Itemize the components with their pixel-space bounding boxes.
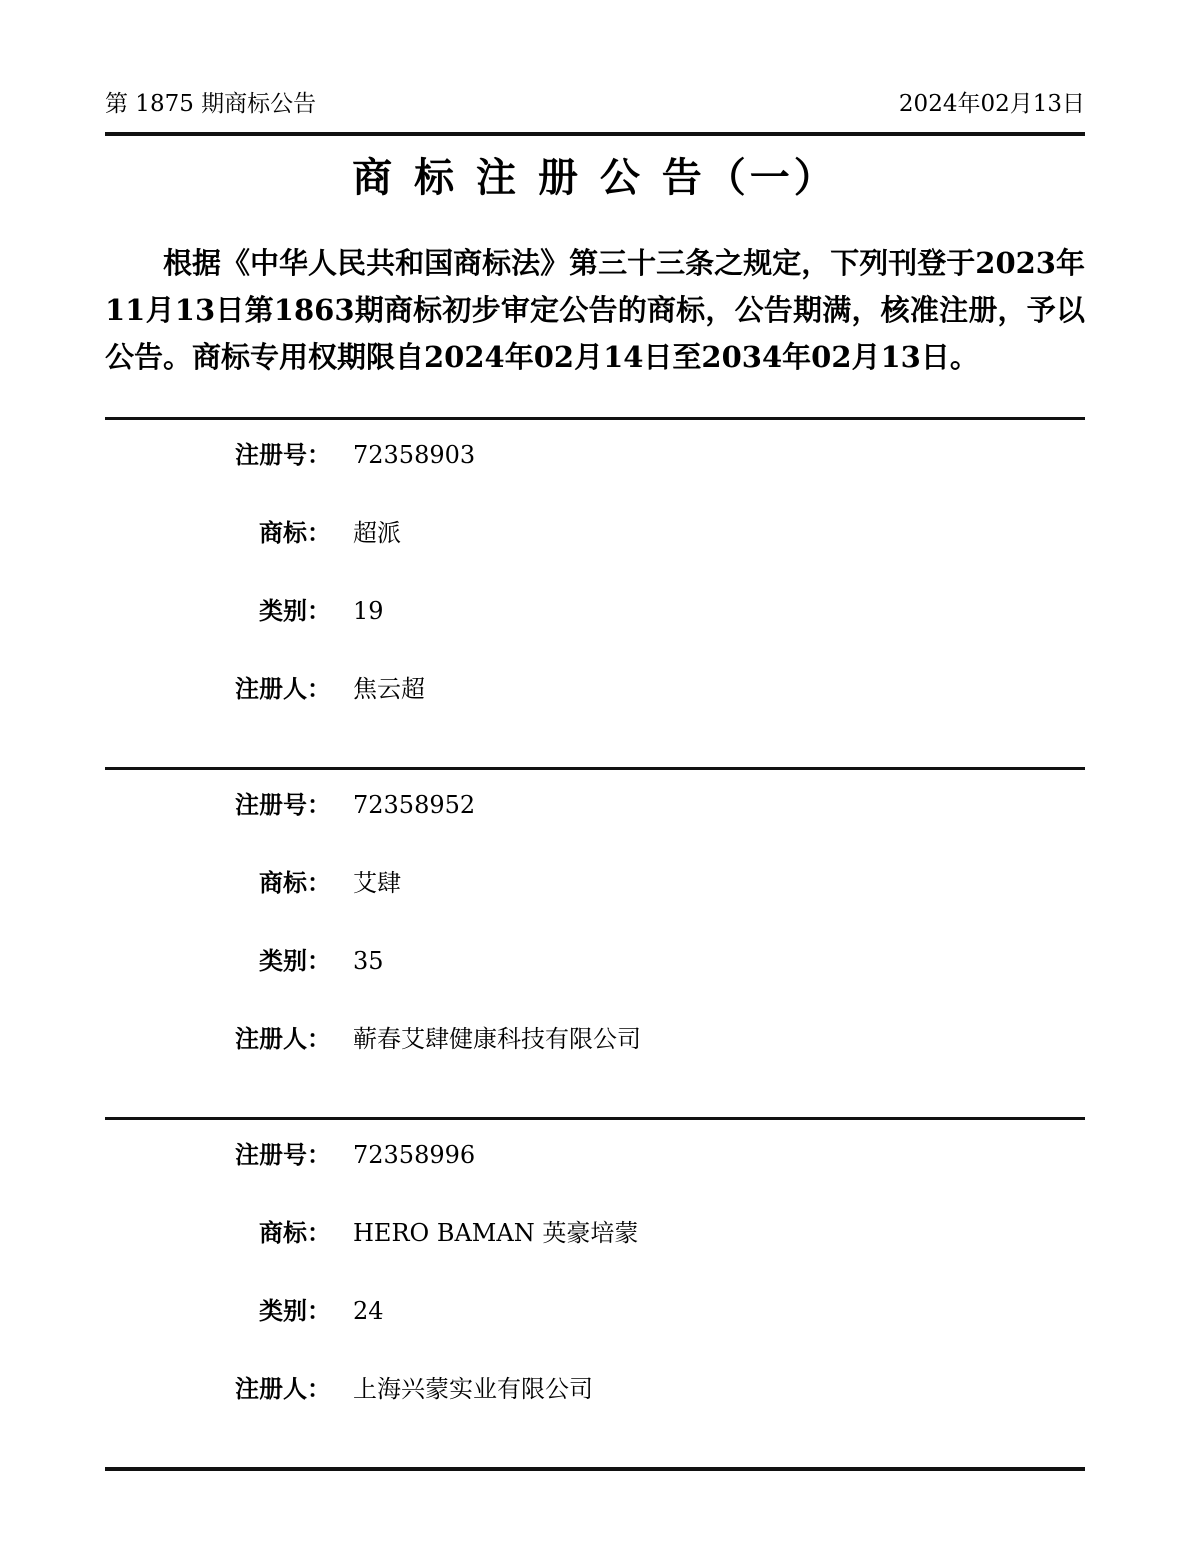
reg-no-label: 注册号：: [105, 442, 331, 468]
gazette-page: 第 1875 期商标公告 2024年02月13日 商 标 注 册 公 告（一） …: [0, 0, 1190, 1564]
field-row-reg-no: 注册号： 72358903: [105, 442, 1085, 468]
field-row-reg-no: 注册号： 72358952: [105, 792, 1085, 818]
field-row-reg-no: 注册号： 72358996: [105, 1142, 1085, 1168]
trademark-value: HERO BAMAN 英豪培蒙: [353, 1220, 638, 1246]
registrant-label: 注册人：: [105, 676, 331, 702]
category-value: 35: [353, 948, 384, 974]
category-label: 类别：: [105, 948, 331, 974]
field-row-registrant: 注册人： 蕲春艾肆健康科技有限公司: [105, 1026, 1085, 1052]
gazette-date-label: 2024年02月13日: [899, 90, 1085, 118]
reg-no-value: 72358952: [353, 792, 475, 818]
field-row-registrant: 注册人： 上海兴蒙实业有限公司: [105, 1376, 1085, 1402]
category-label: 类别：: [105, 1298, 331, 1324]
gazette-issue-label: 第 1875 期商标公告: [105, 90, 316, 118]
page-title: 商 标 注 册 公 告（一）: [105, 150, 1085, 206]
reg-no-label: 注册号：: [105, 1142, 331, 1168]
field-row-category: 类别： 19: [105, 598, 1085, 624]
header-rule: [105, 132, 1085, 136]
registrant-label: 注册人：: [105, 1026, 331, 1052]
reg-no-value: 72358996: [353, 1142, 475, 1168]
reg-no-value: 72358903: [353, 442, 475, 468]
registrant-value: 上海兴蒙实业有限公司: [353, 1376, 593, 1402]
trademark-label: 商标：: [105, 520, 331, 546]
field-row-trademark: 商标： 艾肆: [105, 870, 1085, 896]
page-header: 第 1875 期商标公告 2024年02月13日: [105, 0, 1085, 118]
trademark-entry: 注册号： 72358996 商标： HERO BAMAN 英豪培蒙 类别： 24…: [105, 1117, 1085, 1467]
category-value: 24: [353, 1298, 384, 1324]
page-content: 第 1875 期商标公告 2024年02月13日 商 标 注 册 公 告（一） …: [105, 0, 1085, 1471]
registrant-value: 蕲春艾肆健康科技有限公司: [353, 1026, 641, 1052]
trademark-value: 艾肆: [353, 870, 401, 896]
trademark-value: 超派: [353, 520, 401, 546]
registrant-label: 注册人：: [105, 1376, 331, 1402]
trademark-entry: 注册号： 72358903 商标： 超派 类别： 19 注册人： 焦云超: [105, 417, 1085, 767]
trademark-entry: 注册号： 72358952 商标： 艾肆 类别： 35 注册人： 蕲春艾肆健康科…: [105, 767, 1085, 1117]
field-row-category: 类别： 35: [105, 948, 1085, 974]
reg-no-label: 注册号：: [105, 792, 331, 818]
field-row-category: 类别： 24: [105, 1298, 1085, 1324]
trademark-label: 商标：: [105, 870, 331, 896]
field-row-trademark: 商标： 超派: [105, 520, 1085, 546]
bottom-rule: [105, 1467, 1085, 1471]
intro-paragraph: 根据《中华人民共和国商标法》第三十三条之规定，下列刊登于2023年11月13日第…: [105, 240, 1085, 381]
field-row-registrant: 注册人： 焦云超: [105, 676, 1085, 702]
category-label: 类别：: [105, 598, 331, 624]
registrant-value: 焦云超: [353, 676, 425, 702]
category-value: 19: [353, 598, 384, 624]
field-row-trademark: 商标： HERO BAMAN 英豪培蒙: [105, 1220, 1085, 1246]
trademark-label: 商标：: [105, 1220, 331, 1246]
trademark-entries: 注册号： 72358903 商标： 超派 类别： 19 注册人： 焦云超: [105, 417, 1085, 1471]
